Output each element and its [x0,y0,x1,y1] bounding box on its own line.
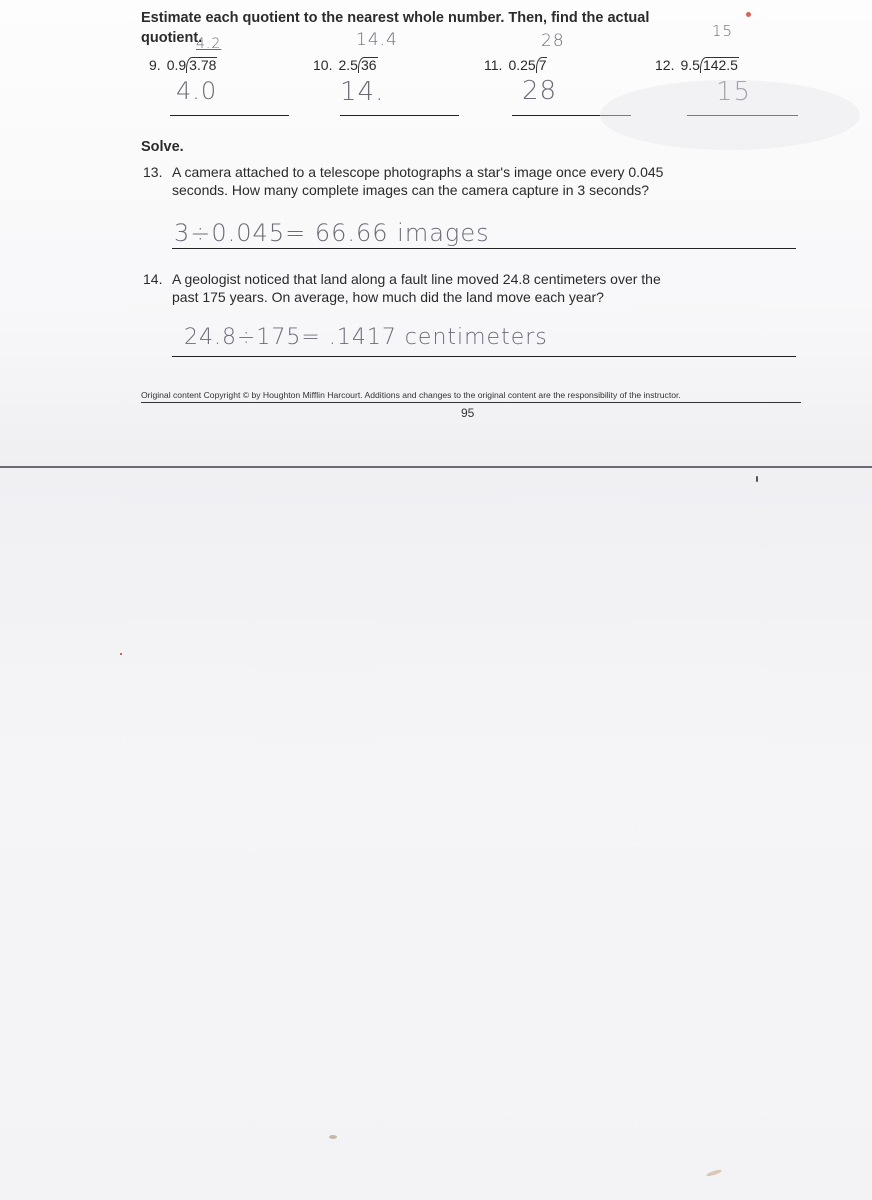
problem-number: 13. [143,163,162,181]
handwritten-answer-10: 14. [340,77,384,107]
divisor: 2.5 [338,57,357,73]
answer-line-14 [172,356,796,357]
speck [706,1169,722,1178]
dividend: 142.5 [700,57,739,73]
handwritten-estimate-10: 14.4 [356,30,398,50]
problem-11: 11.0.257 [484,57,547,73]
speck [120,653,122,655]
dividend: 7 [536,57,548,73]
handwritten-estimate-9: 4.2 [196,36,221,52]
divisor: 9.5 [680,57,699,73]
copyright-footer: Original content Copyright © by Houghton… [141,390,801,403]
problem-number: 9. [149,57,161,73]
red-mark [746,12,751,17]
problem-10: 10.2.536 [313,57,378,73]
blank-backing-sheet [0,468,872,1200]
handwritten-answer-13: 3÷0.045= 66.66 images [174,219,490,247]
handwritten-answer-11: 28 [522,76,557,106]
problem-number: 12. [655,57,674,73]
word-problem-13: 13. A camera attached to a telescope pho… [143,163,683,199]
answer-line-10 [340,115,459,116]
speck [329,1135,337,1139]
page-number: 95 [461,406,474,420]
worksheet-page: Estimate each quotient to the nearest wh… [0,0,872,468]
answer-line-9 [170,115,289,116]
problem-text: A camera attached to a telescope photogr… [172,163,683,199]
problem-number: 10. [313,57,332,73]
divisor: 0.25 [508,57,535,73]
problem-number: 14. [143,270,162,288]
word-problem-14: 14. A geologist noticed that land along … [143,270,683,306]
solve-heading: Solve. [141,139,184,155]
problem-number: 11. [484,57,502,73]
problem-text: A geologist noticed that land along a fa… [172,270,683,306]
handwritten-estimate-11: 28 [541,31,565,51]
answer-line-13 [172,248,796,249]
divisor: 0.9 [167,57,186,73]
scan-shadow [600,80,860,150]
handwritten-answer-9: 4.0 [176,77,217,105]
problem-12: 12.9.5142.5 [655,57,739,73]
handwritten-answer-14: 24.8÷175= .1417 centimeters [184,325,548,350]
handwritten-estimate-12: 15 [712,22,733,40]
speck [756,476,758,482]
dividend: 3.78 [186,57,217,73]
problem-9: 9.0.93.78 [149,57,217,73]
dividend: 36 [358,57,378,73]
